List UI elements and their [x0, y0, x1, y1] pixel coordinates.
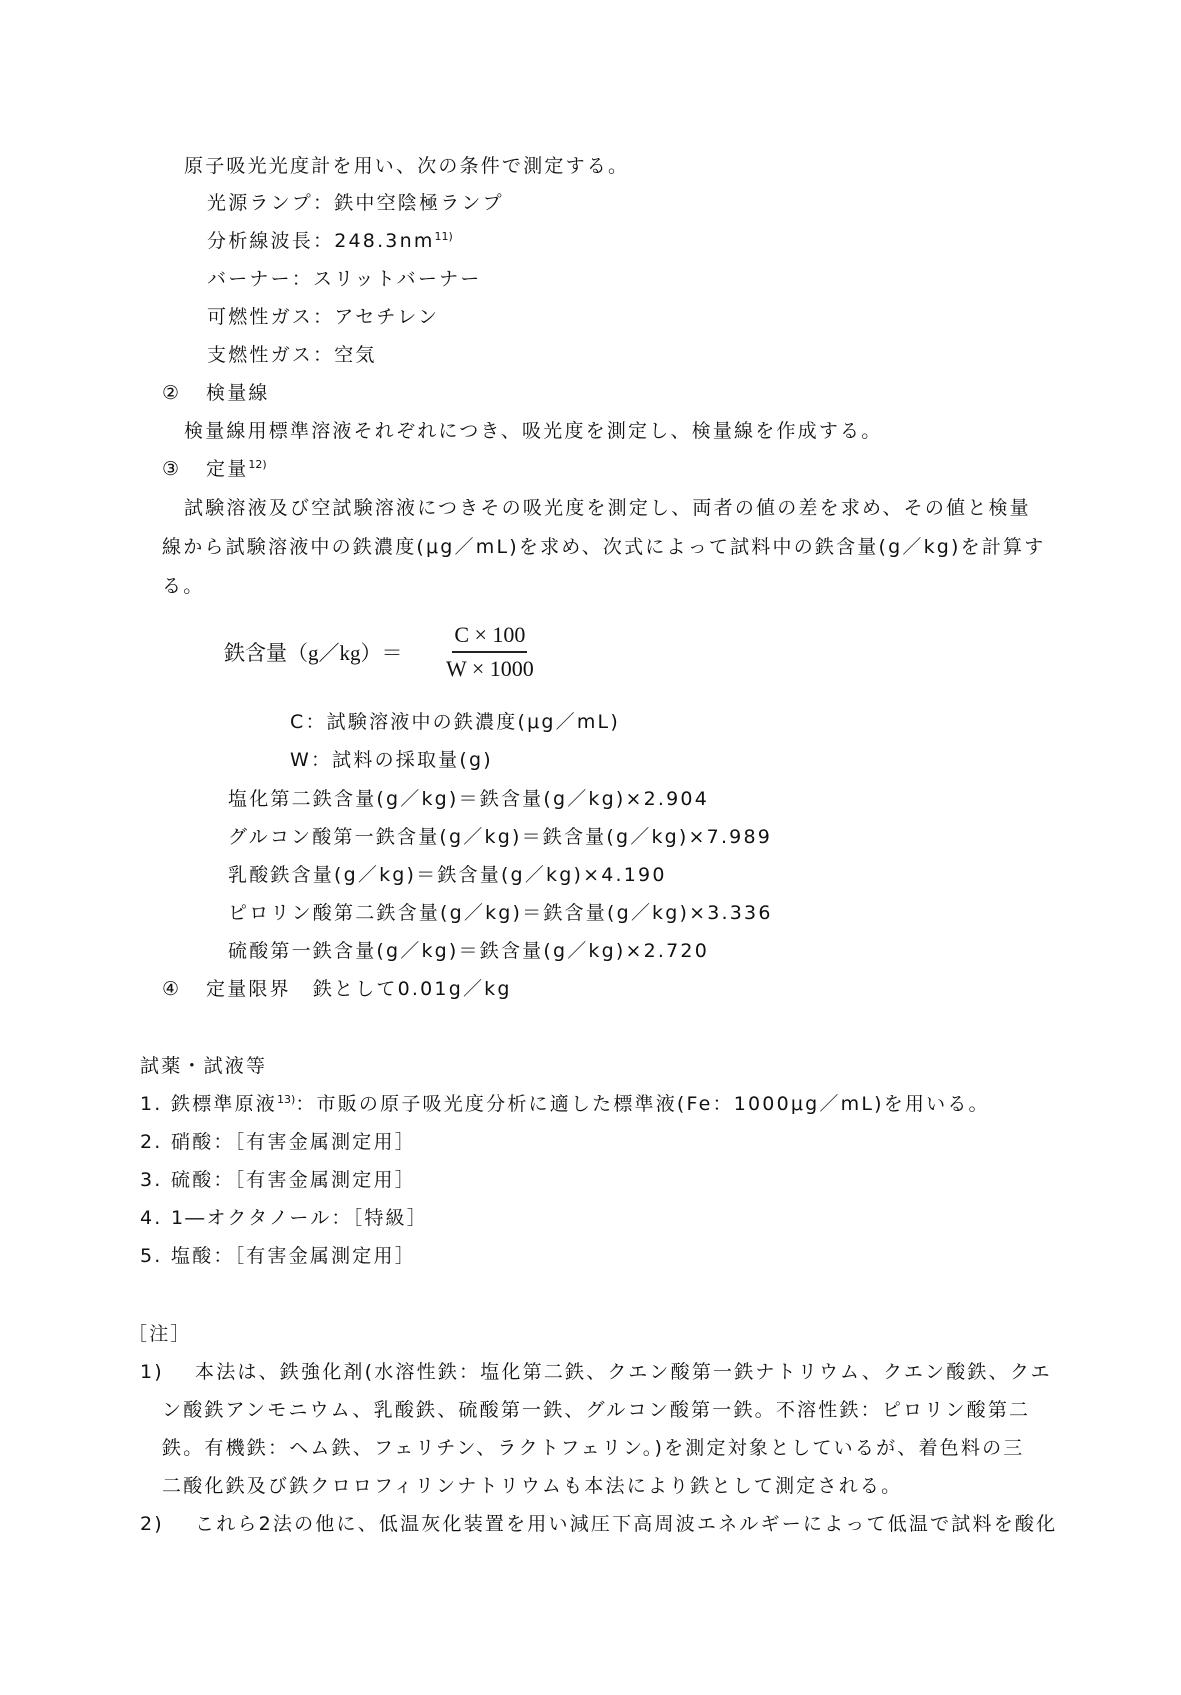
reagent-item: 3.硫酸：［有害金属測定用］ [140, 1168, 416, 1192]
step-marker: ③ [162, 457, 206, 481]
reagent-name: 硫酸 [171, 1169, 213, 1191]
condition-fuel-gas: 可燃性ガス：アセチレン [207, 305, 439, 329]
step3-body-line: 試験溶液及び空試験溶液につきその吸光度を測定し、両者の値の差を求め、その値と検量 [184, 496, 1031, 520]
step-marker: ④ [162, 977, 206, 1001]
formula-lhs: 鉄含量（g／kg）＝ [224, 637, 446, 667]
step-title: 定量 [206, 458, 248, 480]
reagent-name: 塩酸 [171, 1245, 213, 1267]
step-body: 鉄として0.01g／kg [313, 978, 512, 1000]
reagent-item: 1.鉄標準原液13)：市販の原子吸光度分析に適した標準液(Fe：1000μg／m… [140, 1092, 990, 1116]
formula-denominator: W × 1000 [446, 653, 534, 683]
reagent-desc: ：市販の原子吸光度分析に適した標準液(Fe：1000μg／mL)を用いる。 [295, 1093, 989, 1115]
conversion-ferric-pyrophosphate: ピロリン酸第二鉄含量(g／kg)＝鉄含量(g／kg)×3.336 [228, 901, 773, 925]
condition-oxidant-gas: 支燃性ガス：空気 [207, 343, 377, 367]
reagent-desc: ：［有害金属測定用］ [213, 1169, 416, 1191]
variable-definition-w: W：試料の採取量(g) [290, 748, 493, 772]
reagent-number: 3. [140, 1168, 171, 1192]
formula-numerator: C × 100 [452, 621, 527, 653]
step-title: 検量線 [206, 382, 270, 404]
footnote-ref[interactable]: 13) [277, 1093, 295, 1106]
note-number: 2) [140, 1512, 195, 1536]
condition-wavelength: 分析線波長：248.3nm11) [207, 229, 453, 253]
reagent-number: 2. [140, 1130, 171, 1154]
condition-value: スリットバーナー [313, 268, 481, 290]
note-text: これら2法の他に、低温灰化装置を用い減圧下高周波エネルギーによって低温で試料を酸… [195, 1513, 1057, 1535]
reagent-item: 4.1―オクタノール：［特級］ [140, 1206, 428, 1230]
note-text: 本法は、鉄強化剤(水溶性鉄：塩化第二鉄、クエン酸第一鉄ナトリウム、クエン酸鉄、ク… [195, 1361, 1052, 1383]
notes-heading: ［注］ [128, 1322, 192, 1346]
condition-value: 248.3nm [334, 230, 434, 252]
note-1-line: 二酸化鉄及び鉄クロロフィリンナトリウムも本法により鉄として測定される。 [162, 1474, 902, 1498]
step3-heading: ③定量12) [162, 457, 267, 481]
step2-body: 検量線用標準溶液それぞれにつき、吸光度を測定し、検量線を作成する。 [184, 419, 882, 443]
condition-label: 分析線波長： [207, 230, 334, 252]
condition-label: 光源ランプ： [207, 192, 334, 214]
reagent-desc: ：［有害金属測定用］ [213, 1245, 416, 1267]
condition-label: 支燃性ガス： [207, 344, 334, 366]
reagent-desc: ：［有害金属測定用］ [213, 1131, 416, 1153]
iron-content-formula: 鉄含量（g／kg）＝ C × 100 W × 1000 [224, 622, 534, 682]
reagents-heading: 試薬・試液等 [140, 1054, 267, 1078]
footnote-ref[interactable]: 12) [248, 458, 266, 471]
reagent-name: 鉄標準原液 [171, 1093, 277, 1115]
step3-body-line: る。 [162, 574, 204, 598]
note-1-line: 1)本法は、鉄強化剤(水溶性鉄：塩化第二鉄、クエン酸第一鉄ナトリウム、クエン酸鉄… [140, 1360, 1052, 1384]
reagent-name: 1―オクタノール [171, 1207, 331, 1229]
condition-burner: バーナー：スリットバーナー [207, 267, 481, 291]
condition-value: アセチレン [334, 306, 439, 328]
reagent-desc: ：［特級］ [331, 1207, 428, 1229]
condition-label: バーナー： [207, 268, 313, 290]
reagent-item: 5.塩酸：［有害金属測定用］ [140, 1244, 416, 1268]
note-1-line: ン酸鉄アンモニウム、乳酸鉄、硫酸第一鉄、グルコン酸第一鉄。不溶性鉄：ピロリン酸第… [162, 1398, 1030, 1422]
reagent-item: 2.硝酸：［有害金属測定用］ [140, 1130, 416, 1154]
note-1-line: 鉄。有機鉄：ヘム鉄、フェリチン、ラクトフェリン。)を測定対象としているが、着色料… [162, 1436, 1024, 1460]
measurement-intro: 原子吸光光度計を用い、次の条件で測定する。 [184, 154, 629, 178]
formula-fraction: C × 100 W × 1000 [446, 621, 534, 683]
reagent-number: 5. [140, 1244, 171, 1268]
step-title: 定量限界 [206, 978, 291, 1000]
step-marker: ② [162, 381, 206, 405]
condition-label: 可燃性ガス： [207, 306, 334, 328]
reagent-name: 硝酸 [171, 1131, 213, 1153]
condition-light-source: 光源ランプ：鉄中空陰極ランプ [207, 191, 504, 215]
step2-heading: ②検量線 [162, 381, 270, 405]
conversion-ferric-chloride: 塩化第二鉄含量(g／kg)＝鉄含量(g／kg)×2.904 [228, 787, 709, 811]
variable-definition-c: C：試験溶液中の鉄濃度(μg／mL) [290, 710, 620, 734]
footnote-ref[interactable]: 11) [435, 230, 453, 243]
reagent-number: 1. [140, 1092, 171, 1116]
note-number: 1) [140, 1360, 195, 1384]
note-2-line: 2)これら2法の他に、低温灰化装置を用い減圧下高周波エネルギーによって低温で試料… [140, 1512, 1057, 1536]
conversion-ferrous-gluconate: グルコン酸第一鉄含量(g／kg)＝鉄含量(g／kg)×7.989 [228, 825, 772, 849]
step4-heading: ④定量限界鉄として0.01g／kg [162, 977, 512, 1001]
conversion-ferrous-sulfate: 硫酸第一鉄含量(g／kg)＝鉄含量(g／kg)×2.720 [228, 939, 709, 963]
condition-value: 空気 [334, 344, 376, 366]
reagent-number: 4. [140, 1206, 171, 1230]
conversion-ferric-lactate: 乳酸鉄含量(g／kg)＝鉄含量(g／kg)×4.190 [228, 863, 667, 887]
step3-body-line: 線から試験溶液中の鉄濃度(μg／mL)を求め、次式によって試料中の鉄含量(g／k… [162, 535, 1045, 559]
condition-value: 鉄中空陰極ランプ [334, 192, 504, 214]
